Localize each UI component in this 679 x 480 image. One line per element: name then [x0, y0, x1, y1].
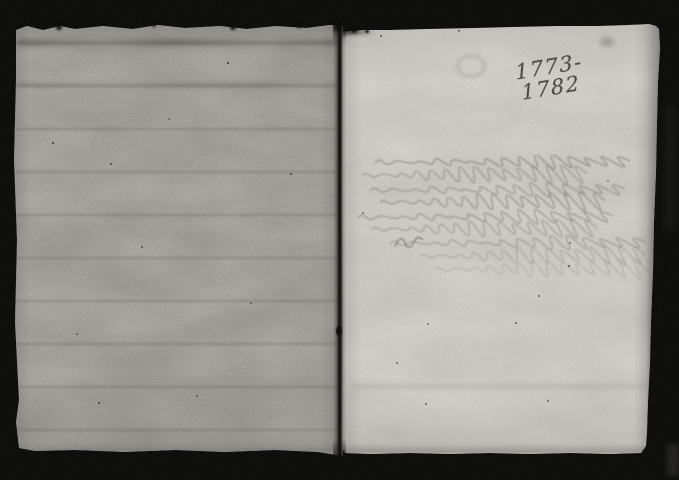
scan-noise-overlay: [0, 0, 679, 480]
scanned-register-image: 1773-1782: [0, 0, 679, 480]
